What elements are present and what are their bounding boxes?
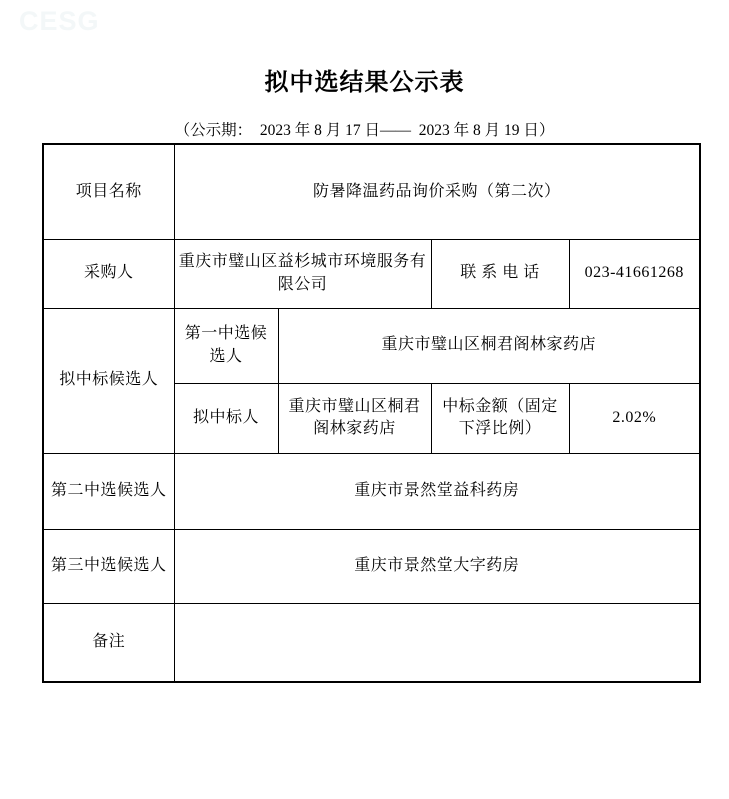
third-candidate-value: 重庆市景然堂大字药房 [174, 529, 700, 603]
contact-phone-label: 联 系 电 话 [431, 239, 569, 308]
contact-phone-value: 023-41661268 [569, 239, 700, 308]
announcement-page: CESG 拟中选结果公示表 （公示期： 2023 年 8 月 17 日—— 20… [0, 0, 729, 799]
result-table: 项目名称 防暑降温药品询价采购（第二次） 采购人 重庆市璧山区益杉城市环境服务有… [42, 143, 701, 683]
proposed-winner-label: 拟中标人 [174, 383, 278, 453]
project-name-label: 项目名称 [43, 144, 174, 239]
first-candidate-label: 第一中选候选人 [174, 308, 278, 383]
remarks-value [174, 603, 700, 682]
candidates-label: 拟中标候选人 [43, 308, 174, 453]
table-row: 备注 [43, 603, 700, 682]
cesg-watermark: CESG [19, 6, 100, 37]
table-row: 采购人 重庆市璧山区益杉城市环境服务有限公司 联 系 电 话 023-41661… [43, 239, 700, 308]
second-candidate-label: 第二中选候选人 [43, 453, 174, 529]
table-row: 第二中选候选人 重庆市景然堂益科药房 [43, 453, 700, 529]
page-title: 拟中选结果公示表 [0, 62, 729, 97]
purchaser-label: 采购人 [43, 239, 174, 308]
award-amount-value: 2.02% [569, 383, 700, 453]
table-row: 拟中标候选人 第一中选候选人 重庆市璧山区桐君阁林家药店 [43, 308, 700, 383]
project-name-value: 防暑降温药品询价采购（第二次） [174, 144, 700, 239]
award-amount-label: 中标金额（固定下浮比例） [431, 383, 569, 453]
table-row: 第三中选候选人 重庆市景然堂大字药房 [43, 529, 700, 603]
proposed-winner-value: 重庆市璧山区桐君阁林家药店 [278, 383, 431, 453]
remarks-label: 备注 [43, 603, 174, 682]
first-candidate-value: 重庆市璧山区桐君阁林家药店 [278, 308, 700, 383]
table-row: 项目名称 防暑降温药品询价采购（第二次） [43, 144, 700, 239]
second-candidate-value: 重庆市景然堂益科药房 [174, 453, 700, 529]
publicity-period: （公示期： 2023 年 8 月 17 日—— 2023 年 8 月 19 日） [0, 118, 729, 140]
third-candidate-label: 第三中选候选人 [43, 529, 174, 603]
purchaser-value: 重庆市璧山区益杉城市环境服务有限公司 [174, 239, 431, 308]
